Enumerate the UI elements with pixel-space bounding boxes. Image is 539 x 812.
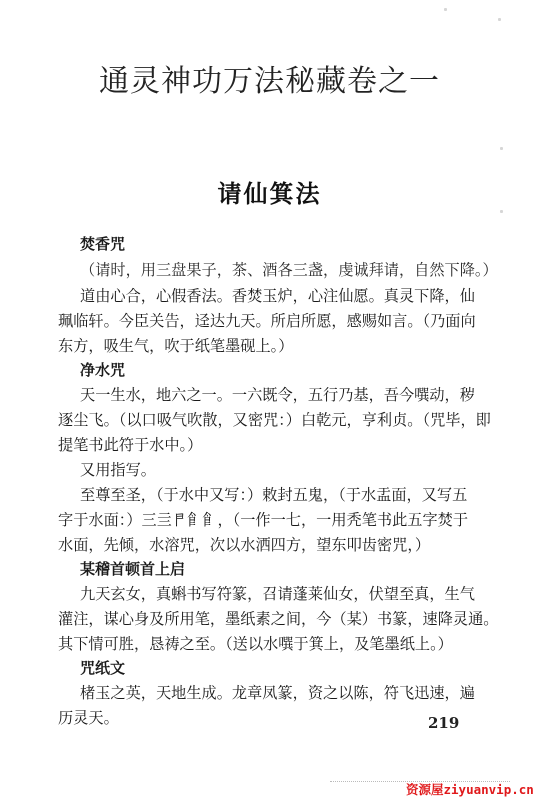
page-number: 219 <box>428 714 459 732</box>
watermark: 资源屋ziyuanvip.cn <box>406 780 534 798</box>
paragraph-line: 至尊至圣，（于水中又写：）敕封五鬼，（于水盂面，又写五 <box>80 483 490 507</box>
scan-speck <box>500 210 503 213</box>
paragraph-line: 又用指写。 <box>80 458 490 482</box>
paragraph-line: 水面，先倾，水溶咒，次以水洒四方，望东叩齿密咒，） <box>58 533 468 557</box>
paragraph-line: 字于水面：）三亖𠁣𩙿𩙿，（一作一七，一用秃笔书此五字焚于 <box>58 508 468 532</box>
scan-speck <box>444 8 447 11</box>
paragraph-line: （请时，用三盘果子，茶、酒各三盏，虔诚拜请，自然下降。） <box>80 258 490 282</box>
paragraph-line: 天一生水，地六之一。一六既令，五行乃基，吾今噀动，秽 <box>80 383 490 407</box>
paragraph-line: 珮临轩。今臣关告，迳达九天。所启所愿，感赐如言。（乃面向 <box>58 309 468 333</box>
section-title: 请仙箕法 <box>0 174 539 209</box>
paragraph-line: 楮玉之英，天地生成。龙章凤篆，资之以陈，符飞迅速，遍 <box>80 681 490 705</box>
paragraph-line: 历灵天。 <box>58 706 468 730</box>
heading-jingshui-zhou: 净水咒 <box>80 358 490 382</box>
paragraph-line: 东方，吸生气，吹于纸笔墨砚上。） <box>58 334 468 358</box>
paragraph-line: 灌注，谋心身及所用笔，墨纸素之间，今（某）书篆，速降灵通。 <box>58 607 468 631</box>
paragraph-line: 其下情可胜，恳祷之至。（送以水噀于箕上，及笔墨纸上。） <box>58 632 468 656</box>
paragraph-line: 逐尘飞。（以口吸气吹散，又密咒：）白乾元，亨利贞。（咒毕，即 <box>58 408 468 432</box>
heading-fenxiang-zhou: 焚香咒 <box>80 232 490 256</box>
chapter-title: 通灵神功万法秘藏卷之一 <box>0 56 539 100</box>
heading-qishou-shangqi: 某稽首顿首上启 <box>80 557 490 581</box>
scan-speck <box>500 147 503 150</box>
paragraph-line: 九天玄女，真蝌书写符篆，召请蓬莱仙女，伏望至真，生气 <box>80 582 490 606</box>
paragraph-line: 道由心合，心假香法。香焚玉炉，心注仙愿。真灵下降，仙 <box>80 284 490 308</box>
book-page: 通灵神功万法秘藏卷之一 请仙箕法 焚香咒 （请时，用三盘果子，茶、酒各三盏，虔诚… <box>0 0 539 812</box>
paragraph-line: 提笔书此符于水中。） <box>58 433 468 457</box>
heading-zhouzhi-wen: 咒纸文 <box>80 656 490 680</box>
scan-speck <box>498 18 501 21</box>
